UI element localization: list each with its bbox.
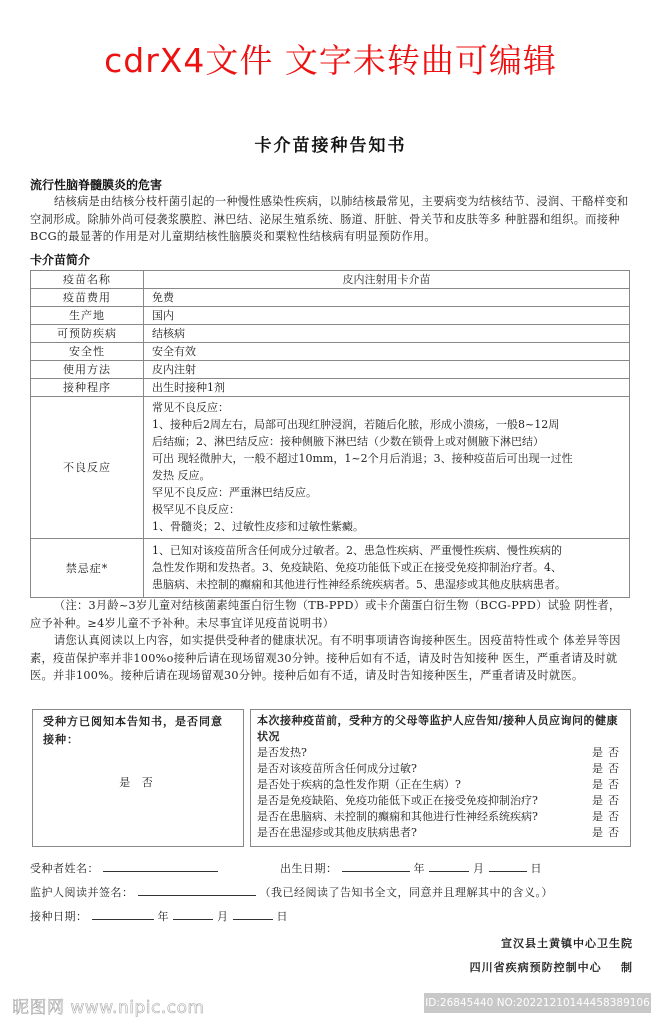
consent-box: 受种方已阅知本告知书，是否同意接种： 是 否 — [32, 709, 244, 847]
month-label: 月 — [217, 910, 229, 923]
table-value: 国内 — [144, 307, 630, 325]
consent-no-option[interactable]: 否 — [142, 776, 157, 789]
health-question-row: 是否处于疾病的急性发作期（正在生病）? 是否 — [257, 777, 624, 793]
question-text: 是否在患脑病、未控制的癫痫和其他进行性神经系统疾病? — [257, 809, 538, 825]
no-option[interactable]: 否 — [608, 794, 624, 807]
text-line: 急性发作期和发热者。3、免疫缺陷、免疫功能低下或正在接受免疫抑制治疗者。4、 — [152, 559, 621, 576]
no-option[interactable]: 否 — [608, 826, 624, 839]
table-row: 生产地 国内 — [31, 307, 630, 325]
text-line: 可出 现轻微肿大，一般不超过10mm，1~2个月后消退；3、接种疫苗后可出现一过… — [152, 450, 621, 467]
document-title: 卡介苗接种告知书 — [0, 131, 661, 156]
text-line: 后结痂；2、淋巴结反应：接种侧腋下淋巴结（少数在锁骨上或对侧腋下淋巴结） — [152, 433, 621, 450]
table-row: 安全性 安全有效 — [31, 343, 630, 361]
guardian-signature-field[interactable] — [138, 885, 256, 896]
table-row: 疫苗费用 免费 — [31, 289, 630, 307]
text-line: 极罕见不良反应： — [152, 501, 621, 518]
day-label: 日 — [277, 910, 289, 923]
consent-question: 受种方已阅知本告知书，是否同意接种： — [43, 713, 233, 749]
birth-date-row: 出生日期： 年 月 日 — [280, 860, 542, 876]
table-row: 接种程序 出生时接种1剂 — [31, 379, 630, 397]
health-status-heading: 本次接种疫苗前，受种方的父母等监护人应告知/接种人员应询问的健康状况 — [257, 713, 624, 745]
table-value: 免费 — [144, 289, 630, 307]
table-key: 不良反应 — [31, 397, 144, 539]
health-question-row: 是否在患湿疹或其他皮肤病患者? 是否 — [257, 825, 624, 841]
day-label: 日 — [531, 862, 543, 875]
adverse-reactions-text: 常见不良反应： 1、接种后2周左右，局部可出现红肿浸润，若随后化脓，形成小溃疡，… — [144, 397, 630, 539]
nipic-watermark-logo: 昵图网 www.nipic.com — [12, 993, 205, 1018]
vaccination-date-row: 接种日期： 年 月 日 — [30, 908, 288, 924]
birth-day-field[interactable] — [489, 861, 527, 872]
table-key: 禁忌症* — [31, 539, 144, 598]
vaccination-day-field[interactable] — [233, 909, 273, 920]
year-label: 年 — [158, 910, 170, 923]
yes-option[interactable]: 是 — [592, 762, 608, 775]
yes-option[interactable]: 是 — [592, 746, 608, 759]
table-row: 使用方法 皮内注射 — [31, 361, 630, 379]
no-option[interactable]: 否 — [608, 746, 624, 759]
note-paragraph: （注：3月龄~3岁儿童对结核菌素纯蛋白衍生物（TB-PPD）或卡介菌蛋白衍生物（… — [30, 597, 630, 632]
no-option[interactable]: 否 — [608, 810, 624, 823]
table-value: 结核病 — [144, 325, 630, 343]
text-line: 罕见不良反应：严重淋巴结反应。 — [152, 484, 621, 501]
health-question-row: 是否在患脑病、未控制的癫痫和其他进行性神经系统疾病? 是否 — [257, 809, 624, 825]
table-row: 疫苗名称 皮内注射用卡介苗 — [31, 271, 630, 289]
health-question-row: 是否对该疫苗所含任何成分过敏? 是否 — [257, 761, 624, 777]
vaccination-month-field[interactable] — [173, 909, 213, 920]
table-key: 疫苗名称 — [31, 271, 144, 289]
month-label: 月 — [473, 862, 485, 875]
year-label: 年 — [414, 862, 426, 875]
birth-month-field[interactable] — [429, 861, 469, 872]
text-line: 患脑病、未控制的癫痫和其他进行性神经系统疾病者。5、患湿疹或其他皮肤病患者。 — [152, 576, 621, 593]
no-option[interactable]: 否 — [608, 762, 624, 775]
section-heading-intro: 卡介苗简介 — [30, 251, 90, 268]
table-row-adverse-reactions: 不良反应 常见不良反应： 1、接种后2周左右，局部可出现红肿浸润，若随后化脓，形… — [31, 397, 630, 539]
yes-option[interactable]: 是 — [592, 794, 608, 807]
table-value: 皮内注射用卡介苗 — [144, 271, 630, 289]
table-key: 安全性 — [31, 343, 144, 361]
yes-option[interactable]: 是 — [592, 826, 608, 839]
question-text: 是否对该疫苗所含任何成分过敏? — [257, 761, 417, 777]
text-line: 1、骨髓炎；2、过敏性皮疹和过敏性紫癜。 — [152, 518, 621, 535]
text-line: 1、已知对该疫苗所含任何成分过敏者。2、患急性疾病、严重慢性疾病、慢性疾病的 — [152, 542, 621, 559]
text-line: 1、接种后2周左右，局部可出现红肿浸润，若随后化脓，形成小溃疡，一般8~12周 — [152, 416, 621, 433]
table-row: 可预防疾病 结核病 — [31, 325, 630, 343]
guardian-signature-label: 监护人阅读并签名： — [30, 886, 134, 899]
health-status-box: 本次接种疫苗前，受种方的父母等监护人应告知/接种人员应询问的健康状况 是否发热?… — [250, 709, 631, 847]
vaccination-date-label: 接种日期： — [30, 910, 88, 923]
guardian-signature-row: 监护人阅读并签名： （我已经阅读了告知书全文，同意并且理解其中的含义。） — [30, 884, 553, 900]
table-row-contraindications: 禁忌症* 1、已知对该疫苗所含任何成分过敏者。2、患急性疾病、严重慢性疾病、慢性… — [31, 539, 630, 598]
contraindications-text: 1、已知对该疫苗所含任何成分过敏者。2、患急性疾病、严重慢性疾病、慢性疾病的 急… — [144, 539, 630, 598]
watermark-id-badge: ID:26845440 NO:20221210144458389106 — [424, 993, 651, 1013]
birth-date-label: 出生日期： — [280, 862, 338, 875]
text-line: 常见不良反应： — [152, 399, 621, 416]
table-value: 皮内注射 — [144, 361, 630, 379]
yes-option[interactable]: 是 — [592, 778, 608, 791]
section-heading-hazard: 流行性脑脊髓膜炎的危害 — [30, 176, 162, 193]
consent-options: 是 否 — [33, 774, 243, 790]
question-text: 是否在患湿疹或其他皮肤病患者? — [257, 825, 417, 841]
table-key: 疫苗费用 — [31, 289, 144, 307]
table-value: 出生时接种1剂 — [144, 379, 630, 397]
birth-year-field[interactable] — [342, 861, 410, 872]
vaccination-year-field[interactable] — [92, 909, 154, 920]
issuer-cdc: 四川省疾病预防控制中心 制 — [470, 959, 633, 975]
hazard-paragraph: 结核病是由结核分枝杆菌引起的一种慢性感染性疾病，以肺结核最常见，主要病变为结核结… — [30, 193, 630, 246]
issuer-hospital: 宣汉县土黄镇中心卫生院 — [501, 935, 633, 951]
no-option[interactable]: 否 — [608, 778, 624, 791]
consent-yes-option[interactable]: 是 — [119, 776, 134, 789]
guardian-statement: （我已经阅读了告知书全文，同意并且理解其中的含义。） — [260, 886, 554, 899]
recipient-name-label: 受种者姓名： — [30, 862, 99, 875]
vaccine-info-table: 疫苗名称 皮内注射用卡介苗 疫苗费用 免费 生产地 国内 可预防疾病 结核病 安… — [30, 270, 630, 598]
question-text: 是否处于疾病的急性发作期（正在生病）? — [257, 777, 461, 793]
table-key: 可预防疾病 — [31, 325, 144, 343]
table-key: 接种程序 — [31, 379, 144, 397]
health-question-row: 是否发热? 是否 — [257, 745, 624, 761]
question-text: 是否是免疫缺陷、免疫功能低下或正在接受免疫抑制治疗? — [257, 793, 538, 809]
question-text: 是否发热? — [257, 745, 307, 761]
table-key: 生产地 — [31, 307, 144, 325]
table-key: 使用方法 — [31, 361, 144, 379]
table-value: 安全有效 — [144, 343, 630, 361]
recipient-name-field[interactable] — [103, 861, 218, 872]
editable-notice-banner: cdrX4文件 文字未转曲可编辑 — [0, 38, 661, 84]
yes-option[interactable]: 是 — [592, 810, 608, 823]
recipient-name-row: 受种者姓名： — [30, 860, 218, 876]
instruction-paragraph: 请您认真阅读以上内容，如实提供受种者的健康状况。有不明事项请咨询接种医生。因疫苗… — [30, 632, 630, 685]
health-question-row: 是否是免疫缺陷、免疫功能低下或正在接受免疫抑制治疗? 是否 — [257, 793, 624, 809]
text-line: 发热 反应。 — [152, 467, 621, 484]
